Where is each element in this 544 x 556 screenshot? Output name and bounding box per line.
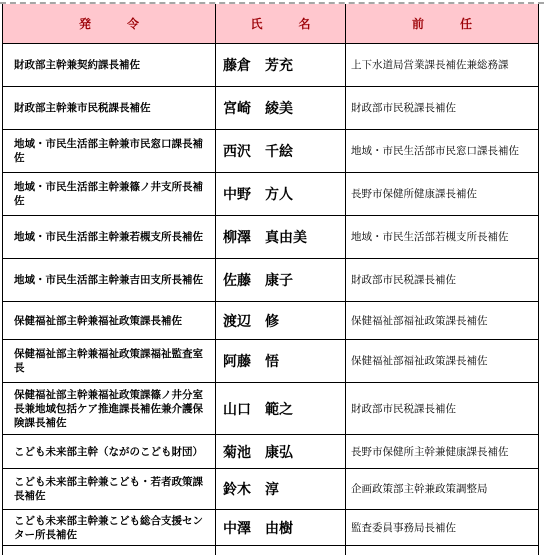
cell-name: 西沢 千絵: [216, 130, 346, 173]
cell-name: 宮崎 綾美: [216, 87, 346, 130]
cell-previous: 財政部市民税課長補佐: [346, 383, 539, 435]
cell-appointment: 地域・市民生活部主幹兼篠ノ井支所長補佐: [3, 173, 216, 216]
cell-previous: 財政部市民税課長補佐: [346, 87, 539, 130]
table-row: 地域・市民生活部主幹兼篠ノ井支所長補佐 中野 方人 長野市保健所健康課長補佐: [3, 173, 538, 216]
table-row: 財政部主幹兼市民税課長補佐 宮崎 綾美 財政部市民税課長補佐: [3, 87, 538, 130]
cell-name: 柳澤 真由美: [216, 216, 346, 259]
cell-previous: 長野市保健所主幹兼健康課長補佐: [346, 435, 539, 469]
personnel-announcement-page: 発 令 氏 名 前 任 財政部主幹兼契約課長補佐 藤倉 芳充 上下水道局営業課長…: [0, 0, 544, 556]
cell-name: 藤倉 芳充: [216, 44, 346, 87]
partial-cell-name: [216, 546, 346, 555]
table-row: こども未来部主幹（ながのこども財団） 菊池 康弘 長野市保健所主幹兼健康課長補佐: [3, 435, 538, 469]
table-header-row: 発 令 氏 名 前 任: [3, 4, 538, 44]
cell-name: 山口 範之: [216, 383, 346, 435]
cell-name: 中澤 由樹: [216, 510, 346, 546]
cell-appointment: 保健福祉部主幹兼福祉政策課篠ノ井分室長兼地域包括ケア推進課長補佐兼介護保険課長補…: [3, 383, 216, 435]
table-row: 地域・市民生活部主幹兼若槻支所長補佐 柳澤 真由美 地域・市民生活部若槻支所長補…: [3, 216, 538, 259]
header-cell-name: 氏 名: [216, 4, 346, 44]
cell-appointment: こども未来部主幹兼こども・若者政策課長補佐: [3, 469, 216, 510]
cell-previous: 上下水道局営業課長補佐兼総務課: [346, 44, 539, 87]
cell-appointment: こども未来部主幹兼こども総合支援センター所長補佐: [3, 510, 216, 546]
cell-previous: 地域・市民生活部若槻支所長補佐: [346, 216, 539, 259]
cell-previous: 保健福祉部福祉政策課長補佐: [346, 340, 539, 383]
cell-appointment: こども未来部主幹（ながのこども財団）: [3, 435, 216, 469]
table-row: 保健福祉部主幹兼福祉政策課長補佐 渡辺 修 保健福祉部福祉政策課長補佐: [3, 302, 538, 340]
table-row: 財政部主幹兼契約課長補佐 藤倉 芳充 上下水道局営業課長補佐兼総務課: [3, 44, 538, 87]
cell-appointment: 地域・市民生活部主幹兼吉田支所長補佐: [3, 259, 216, 302]
cell-previous: 財政部市民税課長補佐: [346, 259, 539, 302]
table-row: 保健福祉部主幹兼福祉政策課福祉監査室長 阿藤 悟 保健福祉部福祉政策課長補佐: [3, 340, 538, 383]
cell-appointment: 保健福祉部主幹兼福祉政策課福祉監査室長: [3, 340, 216, 383]
cell-previous: 長野市保健所健康課長補佐: [346, 173, 539, 216]
partial-cell-previous: [346, 546, 539, 555]
personnel-table: 発 令 氏 名 前 任 財政部主幹兼契約課長補佐 藤倉 芳充 上下水道局営業課長…: [2, 4, 538, 555]
cell-name: 渡辺 修: [216, 302, 346, 340]
cell-appointment: 保健福祉部主幹兼福祉政策課長補佐: [3, 302, 216, 340]
table-row: 地域・市民生活部主幹兼吉田支所長補佐 佐藤 康子 財政部市民税課長補佐: [3, 259, 538, 302]
cell-previous: 保健福祉部福祉政策課長補佐: [346, 302, 539, 340]
cell-name: 阿藤 悟: [216, 340, 346, 383]
cell-appointment: 地域・市民生活部主幹兼若槻支所長補佐: [3, 216, 216, 259]
cell-name: 菊池 康弘: [216, 435, 346, 469]
cell-previous: 企画政策部主幹兼政策調整局: [346, 469, 539, 510]
cell-appointment: 地域・市民生活部主幹兼市民窓口課長補佐: [3, 130, 216, 173]
table-row: 地域・市民生活部主幹兼市民窓口課長補佐 西沢 千絵 地域・市民生活部市民窓口課長…: [3, 130, 538, 173]
cell-appointment: 財政部主幹兼市民税課長補佐: [3, 87, 216, 130]
table-row: 保健福祉部主幹兼福祉政策課篠ノ井分室長兼地域包括ケア推進課長補佐兼介護保険課長補…: [3, 383, 538, 435]
table-body: 財政部主幹兼契約課長補佐 藤倉 芳充 上下水道局営業課長補佐兼総務課 財政部主幹…: [3, 44, 538, 546]
header-cell-appointment: 発 令: [3, 4, 216, 44]
table-row: こども未来部主幹兼こども総合支援センター所長補佐 中澤 由樹 監査委員事務局長補…: [3, 510, 538, 546]
partial-next-row: [3, 546, 538, 555]
cell-name: 中野 方人: [216, 173, 346, 216]
table-row: こども未来部主幹兼こども・若者政策課長補佐 鈴木 淳 企画政策部主幹兼政策調整局: [3, 469, 538, 510]
cell-appointment: 財政部主幹兼契約課長補佐: [3, 44, 216, 87]
cell-previous: 監査委員事務局長補佐: [346, 510, 539, 546]
partial-cell-appointment: [3, 546, 216, 555]
cell-name: 佐藤 康子: [216, 259, 346, 302]
header-cell-previous: 前 任: [346, 4, 539, 44]
cell-name: 鈴木 淳: [216, 469, 346, 510]
cell-previous: 地域・市民生活部市民窓口課長補佐: [346, 130, 539, 173]
